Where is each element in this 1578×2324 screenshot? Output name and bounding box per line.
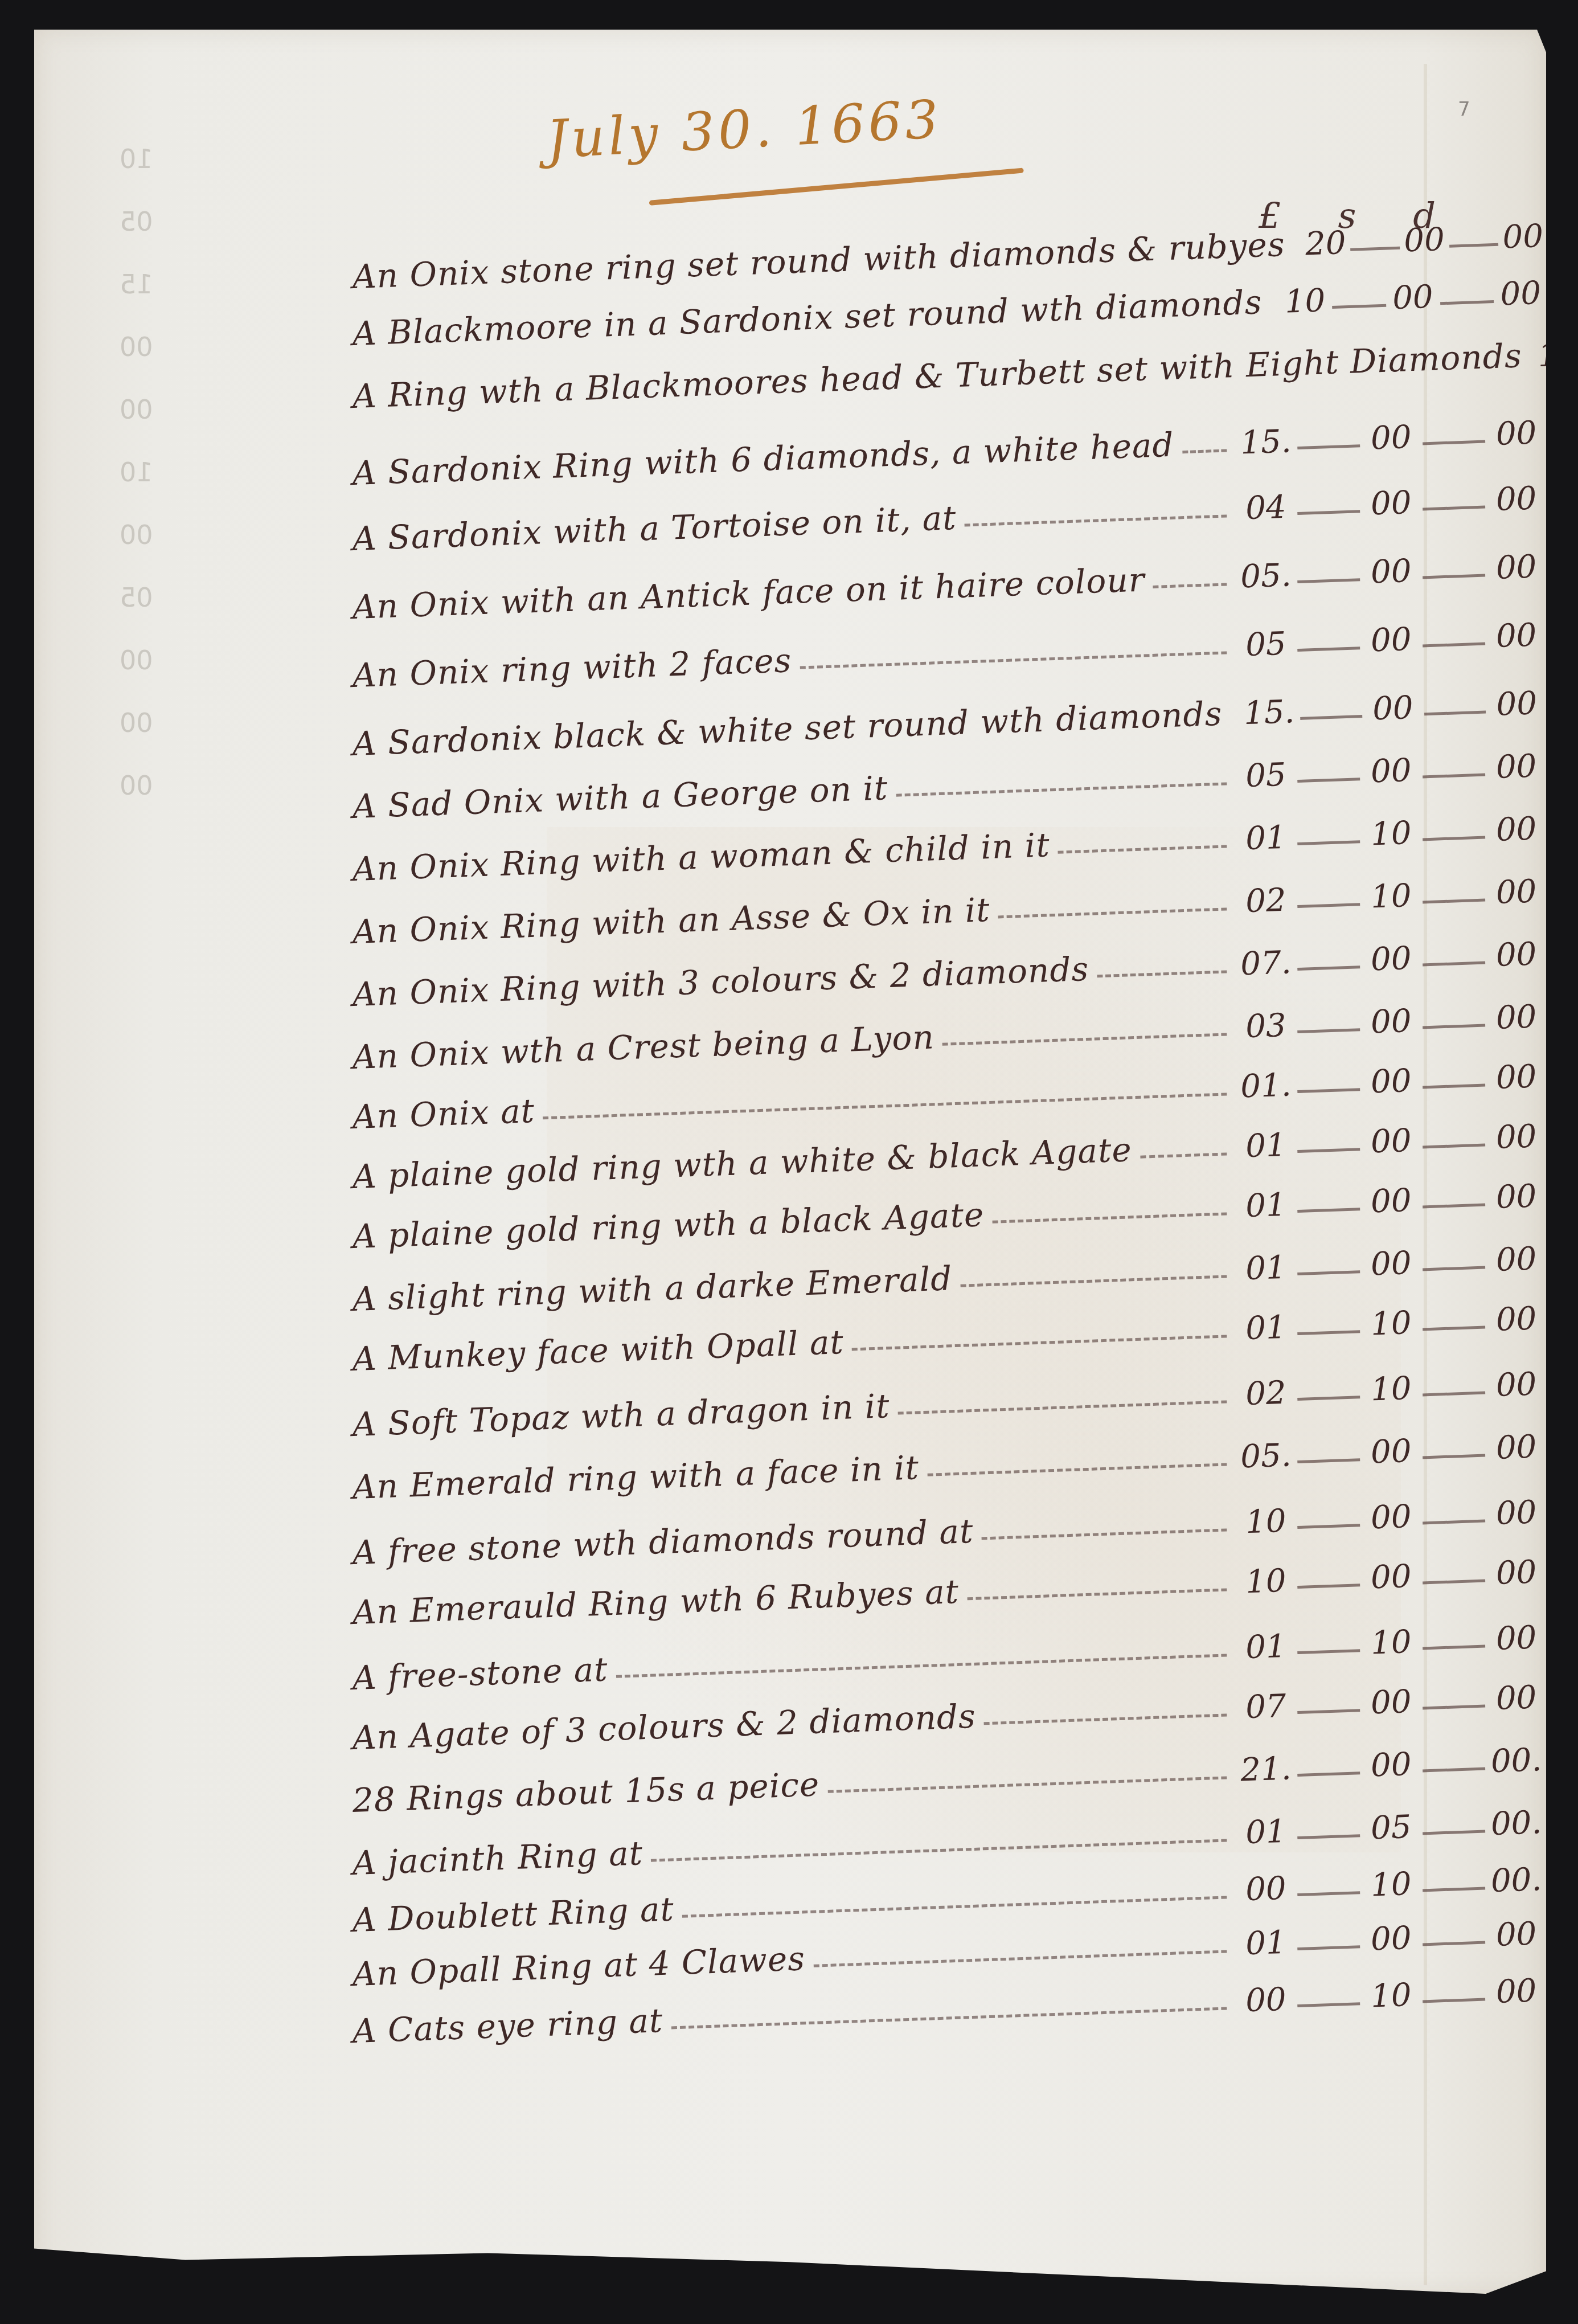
leader-line: [942, 1033, 1227, 1045]
shillings-value: 00: [1359, 1244, 1423, 1283]
separator-dash: [1423, 1580, 1485, 1585]
shillings-value: 00: [1359, 484, 1423, 523]
separator-dash: [1297, 1148, 1360, 1153]
shillings-value: 00: [1359, 939, 1423, 979]
leader-line: [800, 651, 1227, 669]
shillings-value: 00: [1359, 1919, 1423, 1958]
bleed-through-mark: 00: [120, 519, 153, 550]
separator-dash: [1297, 1834, 1360, 1839]
shillings-value: 10: [1359, 1976, 1423, 2015]
pounds-value: 05: [1234, 625, 1298, 664]
bleed-through-mark: 10: [120, 144, 153, 174]
separator-dash: [1297, 840, 1360, 845]
leader-line: [1058, 845, 1227, 853]
separator-dash: [1423, 1326, 1485, 1331]
separator-dash: [1297, 1330, 1360, 1335]
shillings-value: 05: [1359, 1808, 1423, 1847]
leader-line: [1182, 449, 1227, 453]
pounds-value: 05.: [1234, 557, 1298, 596]
pence-value: 00: [1485, 1058, 1548, 1097]
separator-dash: [1423, 1266, 1485, 1271]
pounds-value: 15.: [1234, 423, 1298, 462]
pounds-value: 02: [1234, 1374, 1298, 1413]
leader-line: [992, 1212, 1227, 1223]
pence-value: 00: [1485, 1679, 1548, 1718]
leader-line: [671, 2007, 1227, 2029]
leader-line: [651, 1839, 1227, 1861]
pence-value: 00: [1485, 747, 1548, 787]
item-description: A Sad Onix with a George on it: [352, 768, 889, 826]
separator-dash: [1297, 1649, 1360, 1654]
separator-dash: [1332, 304, 1386, 309]
leader-line: [967, 1588, 1227, 1600]
pounds-value: 15: [1537, 336, 1578, 374]
shillings-value: 00: [1399, 221, 1450, 260]
pence-value: 00: [1485, 548, 1548, 587]
separator-dash: [1423, 1204, 1485, 1209]
leader-line: [998, 907, 1227, 918]
shillings-value: 00: [1386, 278, 1441, 317]
pounds-value: 07: [1234, 1687, 1298, 1726]
shillings-value: 10: [1359, 1304, 1423, 1343]
pence-value: 00: [1485, 873, 1548, 912]
item-description: A Blackmoore in a Sardonix set round wth…: [352, 283, 1263, 353]
shillings-value: 00: [1359, 751, 1423, 791]
item-description: A Ring wth a Blackmoores head & Turbett …: [352, 336, 1523, 416]
shillings-value: 00: [1359, 620, 1423, 660]
separator-dash: [1297, 778, 1360, 783]
heading-underline: [649, 167, 1024, 205]
pence-value: 00.: [1485, 1861, 1548, 1900]
pence-value: 00: [1485, 1619, 1548, 1658]
separator-dash: [1297, 1771, 1360, 1777]
bleed-through-mark: 10: [120, 457, 153, 488]
separator-dash: [1423, 1454, 1485, 1459]
separator-dash: [1423, 1830, 1485, 1835]
leader-line: [682, 1896, 1227, 1917]
separator-dash: [1297, 1396, 1360, 1401]
item-description: A Sardonix with a Tortoise on it, at: [352, 498, 957, 558]
item-description: A Sardonix black & white set round wth d…: [352, 694, 1223, 763]
separator-dash: [1423, 1520, 1485, 1525]
bleed-through-mark: 00: [120, 645, 153, 676]
pence-value: 00: [1485, 1494, 1548, 1533]
pence-value: 00: [1493, 275, 1548, 313]
separator-dash: [1297, 510, 1360, 515]
separator-dash: [1449, 243, 1499, 248]
separator-dash: [1297, 965, 1360, 971]
item-description: An Onix with an Antick face on it haire …: [352, 560, 1146, 627]
pounds-value: 05: [1234, 756, 1298, 795]
separator-dash: [1423, 1998, 1485, 2003]
page-number: 7: [1458, 98, 1470, 121]
bleed-through-mark: 00: [120, 707, 153, 738]
pence-value: 00: [1485, 1553, 1548, 1593]
pounds-value: 01.: [1234, 1066, 1298, 1106]
separator-dash: [1423, 1941, 1485, 1946]
manuscript-page: 1005150000100005000000 7 July 30. 1663 £…: [34, 30, 1546, 2294]
pounds-value: 05.: [1234, 1437, 1298, 1476]
pounds-value: 02: [1234, 881, 1298, 920]
separator-dash: [1423, 440, 1485, 445]
shillings-value: 10: [1359, 1369, 1423, 1409]
leader-line: [1140, 1152, 1227, 1158]
separator-dash: [1297, 1891, 1360, 1896]
pence-value: 00: [1485, 1118, 1548, 1157]
bleed-through-mark: 00: [120, 332, 153, 362]
leader-line: [898, 1400, 1227, 1414]
separator-dash: [1423, 1645, 1485, 1650]
pounds-value: 00: [1234, 1869, 1298, 1909]
pounds-value: 10: [1234, 1502, 1298, 1541]
pounds-value: 01: [1234, 1812, 1298, 1852]
separator-dash: [1297, 2002, 1360, 2007]
shillings-value: 00: [1359, 1497, 1423, 1537]
leader-line: [984, 1713, 1227, 1725]
separator-dash: [1423, 643, 1485, 648]
separator-dash: [1297, 1709, 1360, 1714]
item-description: A Sardonix Ring with 6 diamonds, a white…: [352, 425, 1175, 493]
separator-dash: [1423, 574, 1485, 579]
separator-dash: [1423, 774, 1485, 779]
separator-dash: [1350, 247, 1400, 251]
pounds-value: 20: [1300, 224, 1351, 263]
pence-value: 00: [1485, 1240, 1548, 1279]
pounds-value: 07.: [1234, 944, 1298, 983]
shillings-value: 00: [1359, 1002, 1423, 1041]
pence-value: 00: [1485, 810, 1548, 849]
separator-dash: [1424, 711, 1486, 716]
leader-line: [1097, 970, 1227, 977]
separator-dash: [1297, 1270, 1360, 1275]
separator-dash: [1423, 1705, 1485, 1710]
leader-line: [896, 782, 1227, 796]
pounds-value: 03: [1234, 1006, 1298, 1046]
pence-value: 00.: [1485, 1741, 1548, 1781]
pence-value: 00: [1485, 1972, 1548, 2011]
separator-dash: [1423, 1887, 1485, 1892]
pounds-value: 10: [1234, 1562, 1298, 1601]
shillings-value: 10: [1359, 1865, 1423, 1904]
separator-dash: [1297, 1584, 1360, 1589]
separator-dash: [1297, 1945, 1360, 1950]
item-description: An Onix at: [352, 1091, 535, 1136]
pounds-value: 01: [1234, 1627, 1298, 1667]
item-description: A Doublett Ring at: [352, 1889, 675, 1940]
pence-value: 00: [1485, 1365, 1548, 1405]
item-description: An Onix ring with 2 faces: [352, 641, 793, 695]
date-heading: July 30. 1663: [545, 89, 943, 170]
pounds-value: 01: [1234, 1126, 1298, 1165]
shillings-value: 00: [1359, 1122, 1423, 1161]
leader-line: [965, 514, 1227, 526]
shillings-value: 00: [1359, 1683, 1423, 1722]
bleed-through-mark: 15: [120, 269, 153, 300]
separator-dash: [1297, 903, 1360, 908]
pence-value: 00: [1485, 616, 1548, 656]
item-description: A jacinth Ring at: [352, 1834, 644, 1883]
shillings-value: 00: [1361, 689, 1424, 728]
pounds-value: 01: [1234, 1249, 1298, 1288]
separator-dash: [1423, 1767, 1485, 1773]
pence-value: 00: [1485, 1915, 1548, 1954]
shillings-value: 00: [1359, 1432, 1423, 1471]
pounds-value: 01: [1234, 1924, 1298, 1963]
pence-value: 00: [1498, 218, 1548, 256]
pence-value: 00: [1485, 685, 1548, 724]
pounds-value: 01: [1234, 1186, 1298, 1225]
pounds-value: 00: [1234, 1981, 1298, 2020]
separator-dash: [1423, 1144, 1485, 1149]
shillings-value: 10: [1359, 814, 1423, 853]
pence-value: 00.: [1485, 1804, 1548, 1843]
leader-line: [1153, 583, 1227, 588]
item-description: An Opall Ring at 4 Clawes: [352, 1939, 806, 1994]
separator-dash: [1423, 1024, 1485, 1029]
separator-dash: [1423, 961, 1485, 967]
bleed-through-mark: 05: [120, 582, 153, 613]
separator-dash: [1423, 899, 1485, 904]
separator-dash: [1423, 1084, 1485, 1089]
pence-value: 00: [1485, 1300, 1548, 1339]
shillings-value: 00: [1359, 1062, 1423, 1101]
pounds-value: 04: [1234, 488, 1298, 527]
pounds-value: 01: [1234, 819, 1298, 858]
separator-dash: [1300, 715, 1362, 720]
leader-line: [960, 1275, 1227, 1287]
pence-value: 00: [1485, 935, 1548, 975]
bleed-through-mark: 00: [120, 770, 153, 801]
shillings-value: 00: [1359, 552, 1423, 591]
separator-dash: [1423, 506, 1485, 511]
separator-dash: [1297, 578, 1360, 583]
shillings-value: 00: [1359, 1557, 1423, 1597]
separator-dash: [1297, 1458, 1360, 1463]
pounds-value: 15.: [1237, 693, 1301, 733]
shillings-value: 10: [1359, 877, 1423, 916]
leader-line: [982, 1528, 1227, 1540]
pence-value: 00: [1485, 1428, 1548, 1467]
shillings-value: 00: [1359, 1181, 1423, 1221]
separator-dash: [1297, 647, 1360, 652]
bleed-through-mark: 00: [120, 394, 153, 425]
separator-dash: [1297, 1088, 1360, 1093]
item-description: A Cats eye ring at: [352, 2001, 664, 2051]
separator-dash: [1297, 444, 1360, 449]
leader-line: [827, 1776, 1227, 1793]
shillings-value: 00: [1359, 1745, 1423, 1785]
pounds-value: 21.: [1234, 1750, 1298, 1789]
pence-value: 00: [1485, 414, 1548, 453]
separator-dash: [1297, 1524, 1360, 1529]
leader-line: [813, 1950, 1227, 1967]
shillings-value: 00: [1359, 418, 1423, 457]
separator-dash: [1423, 1392, 1485, 1397]
pence-value: 00: [1485, 1177, 1548, 1217]
separator-dash: [1440, 300, 1494, 305]
separator-dash: [1297, 1208, 1360, 1213]
pounds-value: 01: [1234, 1308, 1298, 1348]
separator-dash: [1423, 836, 1485, 841]
shillings-value: 10: [1359, 1623, 1423, 1662]
leader-line: [852, 1335, 1227, 1351]
separator-dash: [1297, 1028, 1360, 1033]
pence-value: 00: [1485, 998, 1548, 1037]
leader-line: [927, 1463, 1227, 1476]
pence-value: 00: [1485, 480, 1548, 519]
bleed-through-mark: 05: [120, 206, 153, 237]
pounds-value: 10: [1277, 282, 1333, 321]
